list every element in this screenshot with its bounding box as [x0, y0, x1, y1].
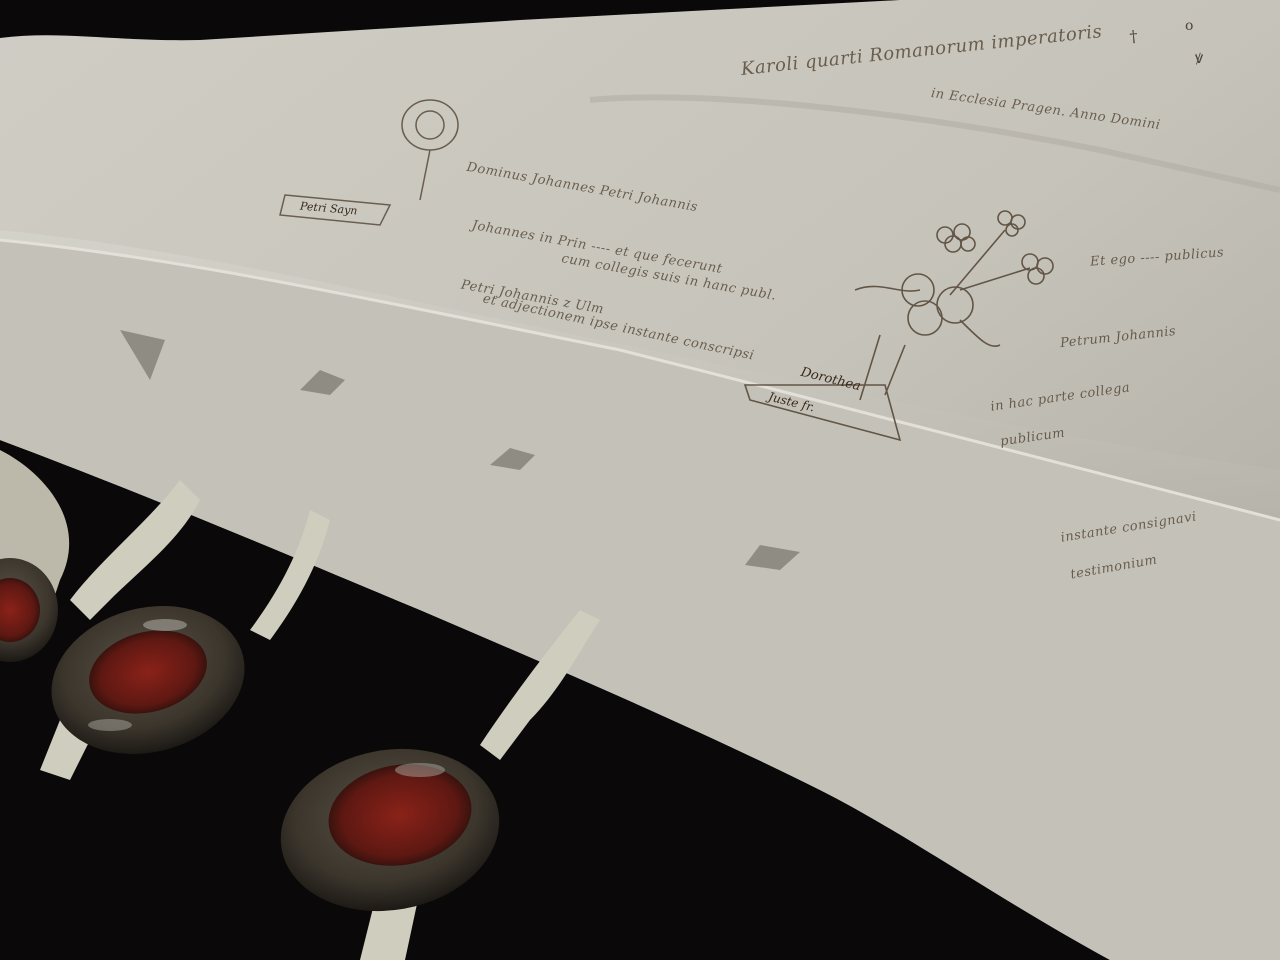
svg-text:†: †	[1129, 26, 1139, 46]
svg-text:ꝟ: ꝟ	[1195, 48, 1204, 67]
svg-text:o: o	[1185, 18, 1193, 34]
photo-scene: † o ꝟ Petri Sayn Dorothea Juste fr. Karo…	[0, 0, 1280, 960]
charter-illustration: † o ꝟ	[0, 0, 1280, 960]
